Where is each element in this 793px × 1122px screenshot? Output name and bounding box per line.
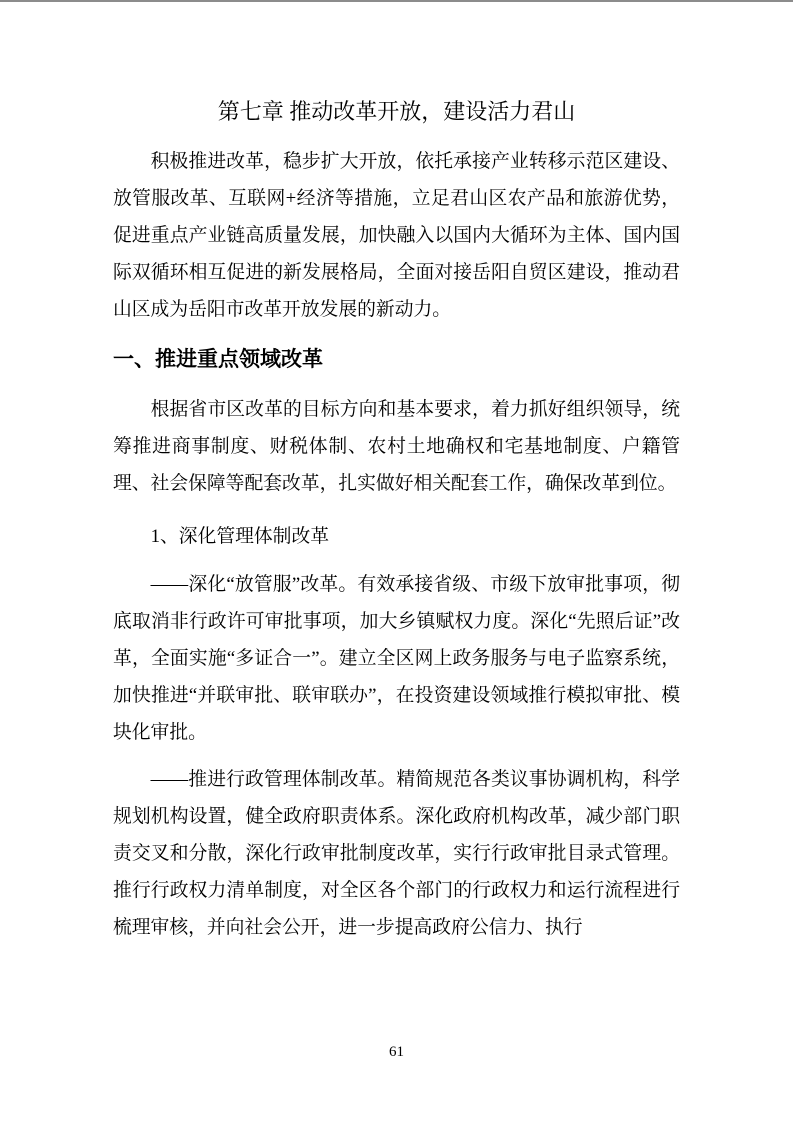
subsection-heading: 1、深化管理体制改革 (113, 518, 680, 555)
page-content: 第七章 推动改革开放，建设活力君山 积极推进改革，稳步扩大开放，依托承接产业转移… (113, 0, 680, 946)
page-number: 61 (0, 1042, 793, 1062)
intro-paragraph: 积极推进改革，稳步扩大开放，依托承接产业转移示范区建设、放管服改革、互联网+经济… (113, 143, 680, 328)
section-lead-paragraph: 根据省市区改革的目标方向和基本要求，着力抓好组织领导，统筹推进商事制度、财税体制… (113, 391, 680, 502)
chapter-title: 第七章 推动改革开放，建设活力君山 (113, 0, 680, 127)
policy-paragraph-admin-system-reform: ——推进行政管理体制改革。精简规范各类议事协调机构，科学规划机构设置，健全政府职… (113, 761, 680, 946)
policy-paragraph-fangguanfu-reform: ——深化“放管服”改革。有效承接省级、市级下放审批事项，彻底取消非行政许可审批事… (113, 566, 680, 751)
section-heading: 一、推进重点领域改革 (113, 345, 680, 375)
document-page: { "page": { "number": "61" }, "document"… (0, 0, 793, 1122)
